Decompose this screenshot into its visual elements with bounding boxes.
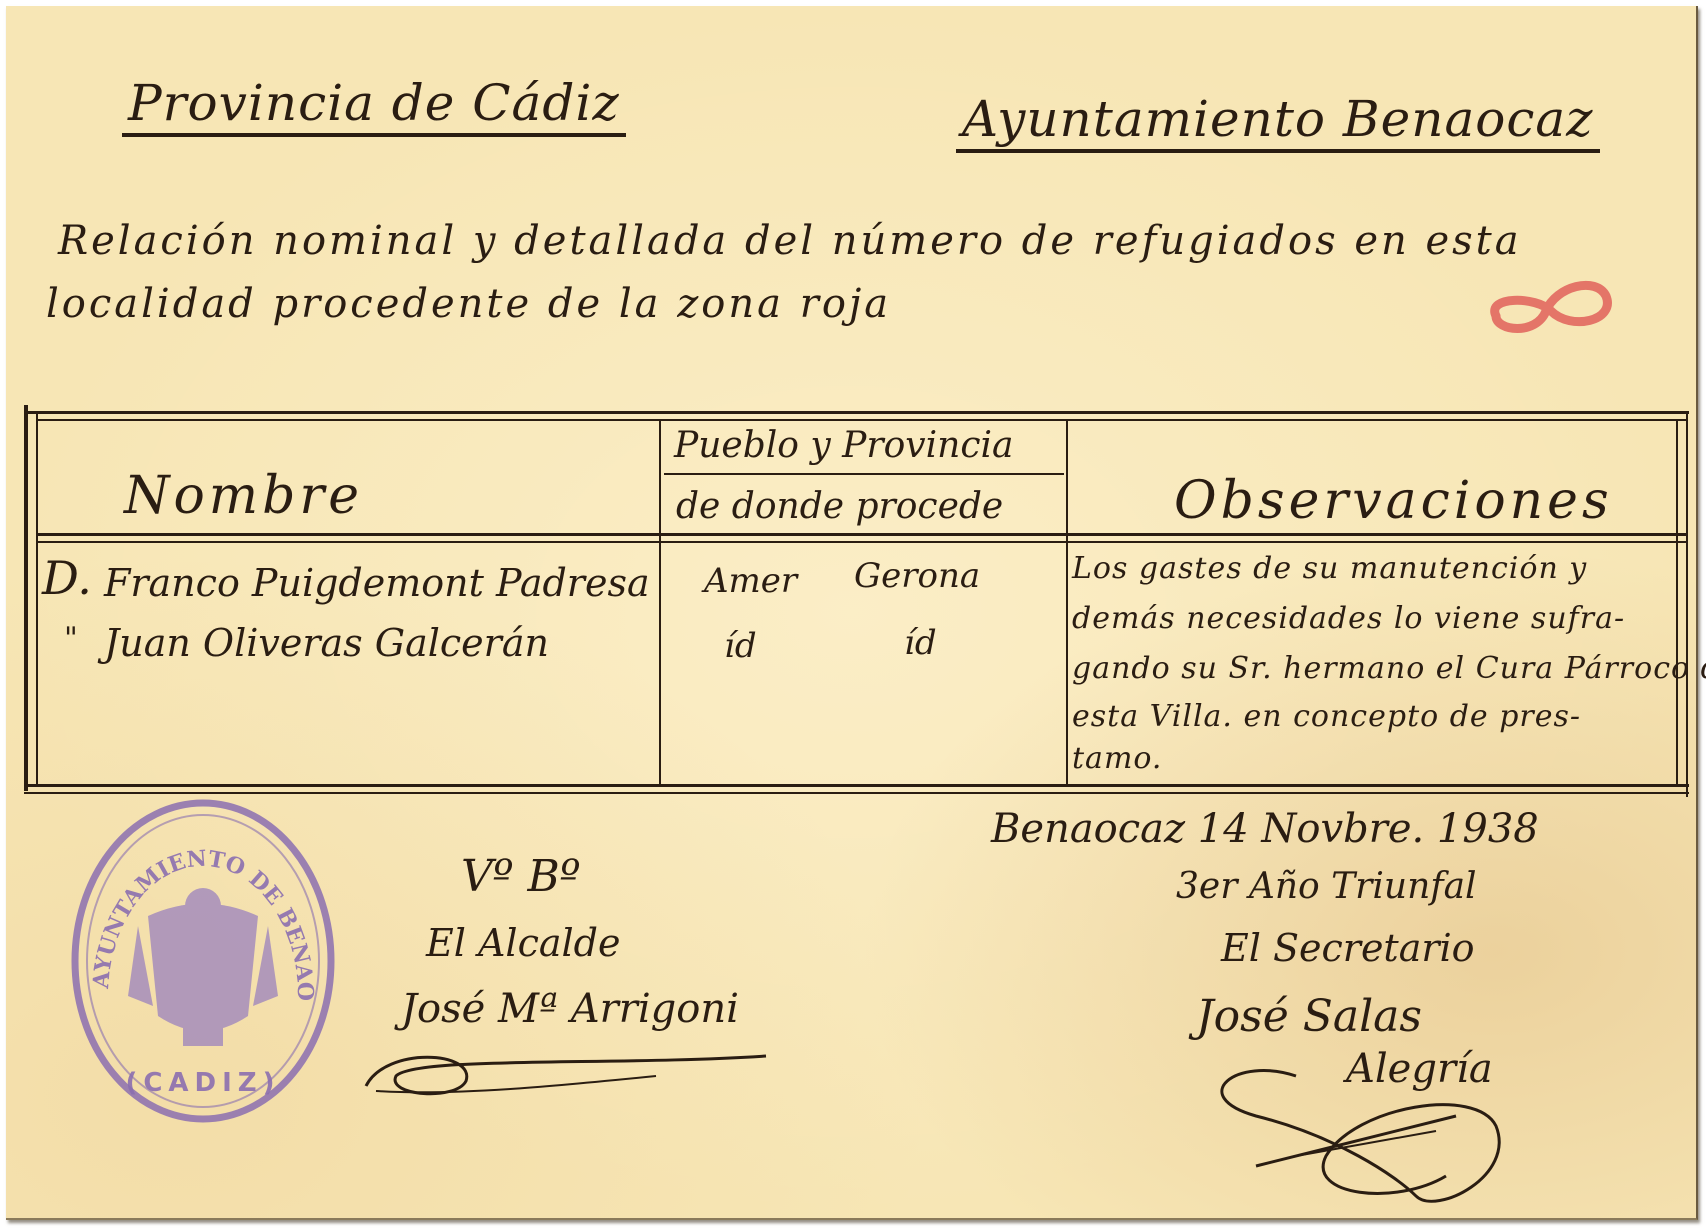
table-top-rule	[24, 411, 1689, 414]
eagle-emblem-icon	[128, 888, 278, 1046]
header-ayuntamiento: Ayuntamiento Benaocaz	[956, 92, 1600, 153]
row-prefix: "	[64, 621, 78, 656]
row-provincia: íd	[904, 623, 937, 663]
header-bottom-rule-inner	[36, 541, 1686, 543]
table-left-border-inner	[36, 413, 38, 787]
column-header-pueblo-line2: de donde procede	[676, 486, 1003, 527]
column-divider-1	[659, 419, 661, 787]
observaciones-line: tamo.	[1072, 741, 1162, 776]
row-pueblo: íd	[724, 626, 757, 666]
document-page: Provincia de Cádiz Ayuntamiento Benaocaz…	[6, 6, 1698, 1220]
table-left-border	[24, 405, 28, 791]
title-line-1: Relación nominal y detallada del número …	[58, 218, 1522, 264]
table-right-border-inner	[1676, 419, 1678, 787]
row-nombre: Juan Oliveras Galcerán	[104, 621, 549, 665]
header-bottom-rule	[36, 533, 1686, 536]
date-place: Benaocaz 14 Novbre. 1938	[991, 806, 1539, 852]
table-right-border	[1686, 411, 1688, 797]
observaciones-line: Los gastes de su manutención y	[1072, 551, 1587, 586]
row-prefix: D.	[42, 551, 92, 605]
secretario-signature-line1: José Salas	[1196, 991, 1422, 1042]
municipal-seal-stamp: AYUNTAMIENTO DE BENAOCAZ (CADIZ)	[68, 796, 338, 1126]
secretario-signature-flourish-icon	[1196, 1056, 1536, 1216]
row-nombre: Franco Puigdemont Padresa	[104, 561, 650, 605]
visto-bueno-label: Vº Bº	[461, 851, 580, 902]
stamp-bottom-text: (CADIZ)	[125, 1068, 280, 1098]
observaciones-line: gando su Sr. hermano el Cura Párroco de	[1072, 651, 1706, 686]
column-header-nombre: Nombre	[124, 466, 363, 526]
table-top-rule-inner	[36, 419, 1686, 421]
alcalde-signature-flourish-icon	[356, 1026, 776, 1106]
refugees-table: Nombre Pueblo y Provincia de donde proce…	[24, 411, 1704, 796]
alcalde-label: El Alcalde	[426, 921, 620, 965]
row-pueblo: Amer	[704, 561, 797, 601]
title-line-2: localidad procedente de la zona roja	[46, 281, 891, 327]
header-province: Provincia de Cádiz	[122, 76, 626, 137]
table-bottom-rule	[24, 784, 1689, 787]
column-header-observaciones: Observaciones	[1174, 471, 1613, 531]
table-bottom-rule-inner	[24, 792, 1689, 794]
secretario-label: El Secretario	[1221, 926, 1475, 970]
observaciones-line: esta Villa. en concepto de pres-	[1072, 699, 1581, 734]
column-divider-2	[1066, 419, 1068, 787]
column-header-pueblo-line1: Pueblo y Provincia	[674, 425, 1013, 466]
year-note: 3er Año Triunfal	[1176, 866, 1477, 907]
observaciones-line: demás necesidades lo viene sufra-	[1072, 601, 1625, 636]
red-pencil-eight-mark	[1476, 276, 1626, 336]
subheader-rule	[664, 473, 1064, 475]
row-provincia: Gerona	[854, 556, 980, 596]
